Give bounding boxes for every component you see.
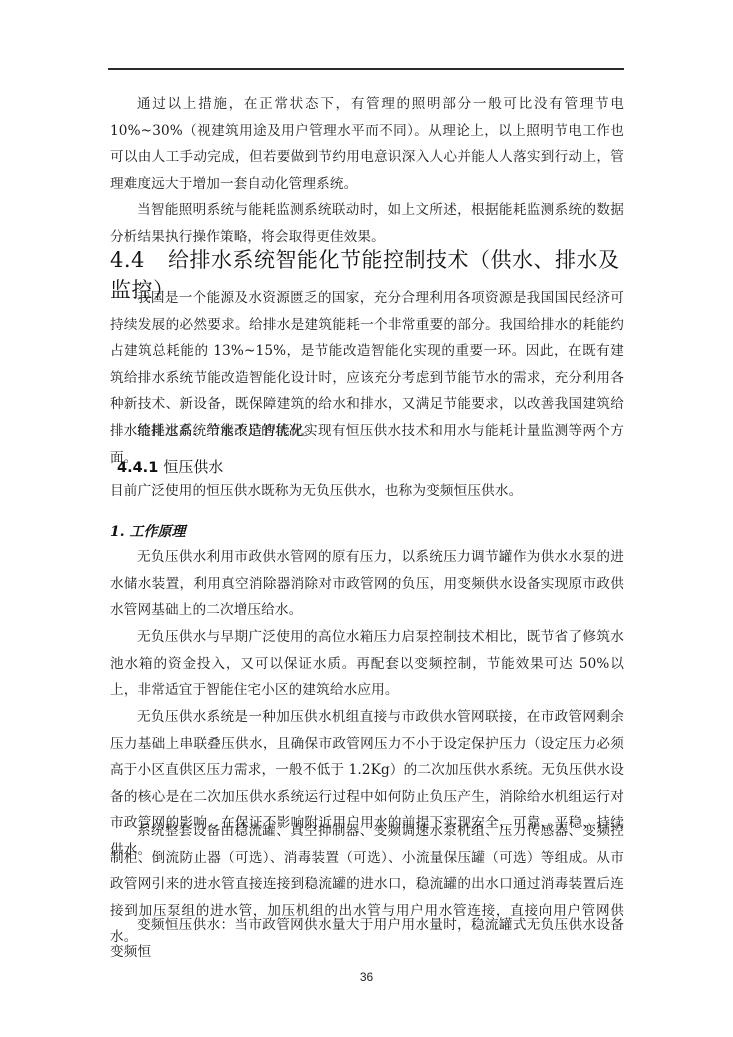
section-number: 4.4 bbox=[110, 248, 168, 272]
paragraph-comparison: 无负压供水与早期广泛使用的高位水箱压力启泵控制技术相比，既节省了修筑水池水箱的资… bbox=[110, 624, 624, 704]
subsection-heading-4-4-1: 4.4.1 恒压供水 bbox=[117, 456, 631, 477]
page-number: 36 bbox=[0, 970, 733, 984]
subsection-number: 4.4.1 bbox=[117, 460, 158, 476]
paragraph-principle: 无负压供水利用市政供水管网的原有压力，以系统压力调节罐作为供水水泵的进水储水装置… bbox=[110, 544, 624, 624]
paragraph-linkage: 当智能照明系统与能耗监测系统联动时，如上文所述，根据能耗监测系统的数据分析结果执… bbox=[110, 197, 624, 250]
paragraph-definition: 目前广泛使用的恒压供水既称为无负压供水，也称为变频恒压供水。 bbox=[110, 478, 624, 505]
paragraph-lighting-savings: 通过以上措施，在正常状态下，有管理的照明部分一般可比没有管理节电 10%~30%… bbox=[110, 91, 624, 197]
paragraph-variable-frequency: 变频恒压供水：当市政管网供水量大于用户用水量时，稳流罐式无负压供水设备变频恒 bbox=[110, 912, 624, 965]
subsection-title: 恒压供水 bbox=[163, 458, 223, 476]
subheading-working-principle: 1. 工作原理 bbox=[110, 521, 624, 541]
header-rule bbox=[108, 68, 624, 70]
